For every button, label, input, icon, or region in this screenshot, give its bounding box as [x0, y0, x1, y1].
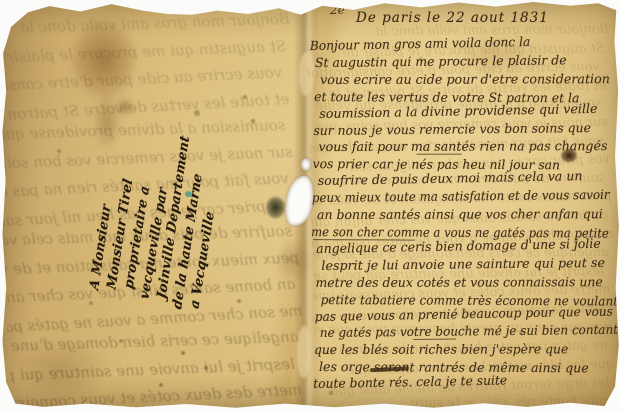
letter-photograph: Bonjour mon gros ami voila donc laSt aug… — [0, 0, 620, 411]
manuscript-line: metre des deux cotés et vous connaissais… — [315, 274, 613, 292]
letter-paper: Bonjour mon gros ami voila donc laSt aug… — [0, 0, 620, 411]
manuscript-line: an bonne santés ainsi que vos cher anfan… — [317, 206, 615, 224]
foxing-speckles — [0, 0, 2, 2]
manuscript-line: sur nous je vous remercie vos bon soins … — [313, 119, 611, 139]
water-stain — [112, 94, 138, 120]
manuscript-line: peux mieux toute ma satisfation et de vo… — [312, 187, 599, 207]
water-stain — [266, 228, 320, 294]
page-number-mark: 2e — [330, 3, 345, 17]
manuscript-line: ne gatés pas votre bouche mé je sui bien… — [320, 322, 604, 342]
water-stain — [430, 22, 560, 86]
paper-hole-small — [301, 158, 311, 171]
letter-body: Bonjour mon gros ami voila donc laSt aug… — [310, 36, 618, 393]
bleedthrough-line: toute bonte rés. cela je te suite — [315, 393, 616, 411]
teal-fleck — [185, 191, 192, 197]
manuscript-line: que les blés soit riches bien j'espère q… — [314, 341, 612, 359]
manuscript-line: lesprit je lui anvoie une sainture qui p… — [321, 255, 619, 275]
address-block: A MonsieurMonsieur Tirelproprietaire ave… — [36, 94, 280, 340]
water-stain — [0, 325, 130, 411]
water-stain — [86, 78, 128, 164]
ink-blot — [558, 146, 580, 165]
